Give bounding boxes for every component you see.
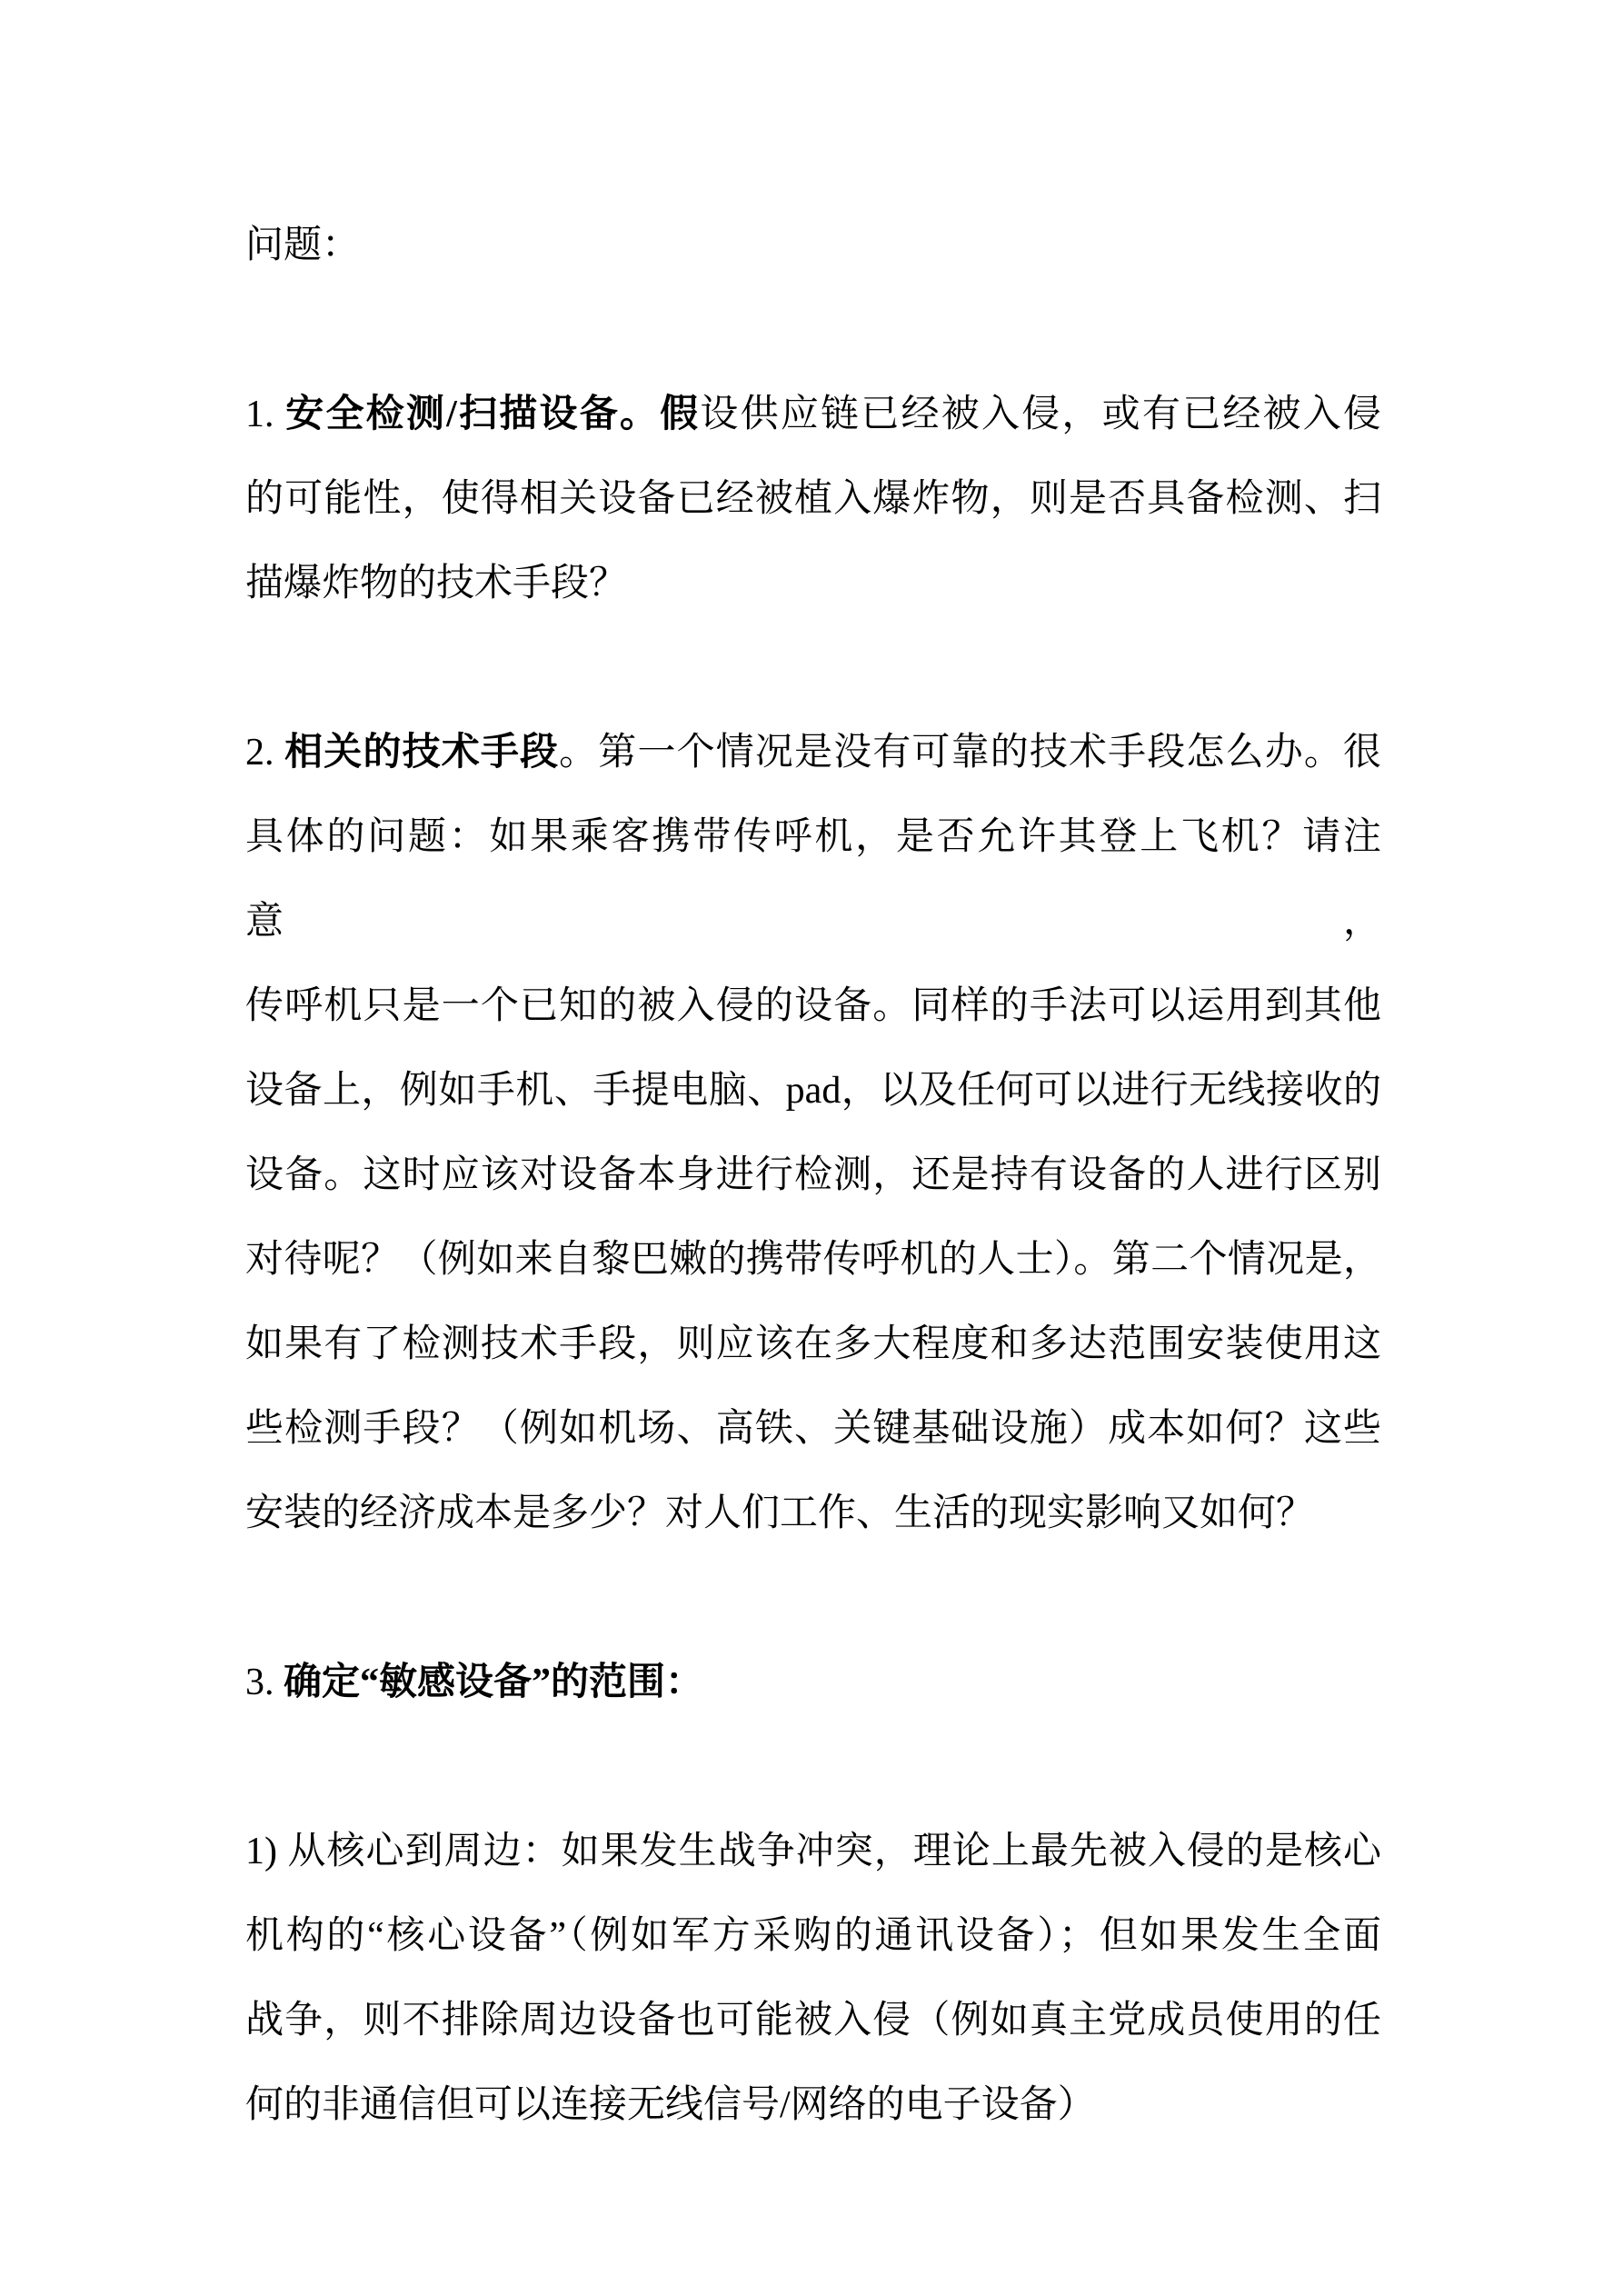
text-line: 2. 相关的技术手段。第一个情况是没有可靠的技术手段怎么办。很 xyxy=(245,711,1381,795)
text-line: 描爆炸物的技术手段？ xyxy=(245,542,1381,626)
text-run: 。第一个情况是没有可靠的技术手段怎么办。很 xyxy=(559,732,1381,774)
list-number: 3. xyxy=(245,1662,284,1703)
question-3-heading-paragraph: 3. 确定“敏感设备”的范围： xyxy=(245,1641,1381,1725)
question-2-paragraph: 2. 相关的技术手段。第一个情况是没有可靠的技术手段怎么办。很 具体的问题：如果… xyxy=(245,711,1381,1556)
questions-heading-paragraph: 问题： xyxy=(245,204,1381,288)
text-line: 传呼机只是一个已知的被入侵的设备。同样的手法可以运用到其他 xyxy=(245,964,1381,1049)
text-line: 3. 确定“敏感设备”的范围： xyxy=(245,1641,1381,1725)
text-line: 如果有了检测技术手段，则应该在多大程度和多达范围安装使用这 xyxy=(245,1303,1381,1387)
list-number: 2. xyxy=(245,732,284,774)
text-line: 些检测手段？（例如机场、高铁、关键基础设施）成本如何？这些 xyxy=(245,1387,1381,1472)
subpoint-1-paragraph: 1) 从核心到周边：如果发生战争冲突，理论上最先被入侵的是核心 机构的“核心设备… xyxy=(245,1810,1381,2148)
text-line: 何的非通信但可以连接无线信号/网络的电子设备） xyxy=(245,2063,1381,2148)
question-1-title-bold: 安全检测/扫描设备。假 xyxy=(285,394,700,435)
document-page: 问题： 1. 安全检测/扫描设备。假设供应链已经被入侵，或有已经被入侵 的可能性… xyxy=(0,0,1623,2296)
text-line: 机构的“核心设备”（例如军方采购的通讯设备）；但如果发生全面 xyxy=(245,1894,1381,1979)
text-line: 设备。这时应该对设备本身进行检测，还是持有设备的人进行区别 xyxy=(245,1133,1381,1218)
text-line: 设备上，例如手机、手提电脑、pad，以及任何可以进行无线接收的 xyxy=(245,1049,1381,1133)
question-2-title-bold: 相关的技术手段 xyxy=(284,732,559,774)
question-1-paragraph: 1. 安全检测/扫描设备。假设供应链已经被入侵，或有已经被入侵 的可能性，使得相… xyxy=(245,373,1381,626)
text-run: 设供应链已经被入侵，或有已经被入侵 xyxy=(700,394,1381,435)
text-line: 的可能性，使得相关设备已经被植入爆炸物，则是否具备检测、扫 xyxy=(245,457,1381,542)
text-line: 安装的经济成本是多少？对人们工作、生活的现实影响又如何？ xyxy=(245,1472,1381,1556)
text-line: 战争，则不排除周边设备也可能被入侵（例如真主党成员使用的任 xyxy=(245,1979,1381,2063)
text-line: 1) 从核心到周边：如果发生战争冲突，理论上最先被入侵的是核心 xyxy=(245,1810,1381,1894)
text-line: 具体的问题：如果乘客携带传呼机，是否允许其登上飞机？请注意， xyxy=(245,795,1381,964)
text-line: 1. 安全检测/扫描设备。假设供应链已经被入侵，或有已经被入侵 xyxy=(245,373,1381,457)
question-3-title-bold: 确定“敏感设备”的范围： xyxy=(284,1662,703,1703)
text-line: 对待呢？（例如来自黎巴嫩的携带传呼机的人士）。第二个情况是， xyxy=(245,1218,1381,1303)
list-number: 1. xyxy=(245,394,285,435)
questions-heading: 问题： xyxy=(245,204,1381,288)
